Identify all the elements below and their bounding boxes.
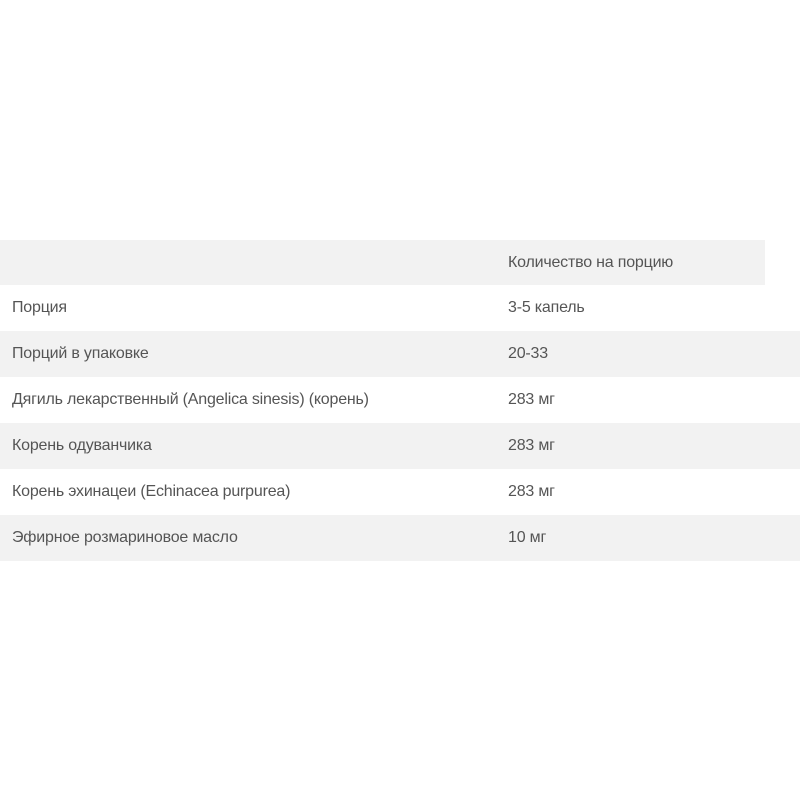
table-row: Корень эхинацеи (Echinacea purpurea) 283… [0,469,800,515]
table-row: Порция 3-5 капель [0,285,800,331]
table-header-row: Количество на порцию [0,240,765,285]
ingredient-name: Корень одуванчика [0,437,508,455]
ingredient-name: Дягиль лекарственный (Angelica sinesis) … [0,391,508,409]
ingredient-amount: 3-5 капель [508,299,585,317]
table-row: Порций в упаковке 20-33 [0,331,800,377]
ingredient-name: Эфирное розмариновое масло [0,529,508,547]
table-row: Эфирное розмариновое масло 10 мг [0,515,800,561]
table-row: Корень одуванчика 283 мг [0,423,800,469]
supplement-facts-table: Количество на порцию Порция 3-5 капель П… [0,240,800,561]
ingredient-amount: 283 мг [508,483,555,501]
table-row: Дягиль лекарственный (Angelica sinesis) … [0,377,800,423]
ingredient-amount: 20-33 [508,345,548,363]
ingredient-amount: 10 мг [508,529,546,547]
ingredient-name: Порций в упаковке [0,345,508,363]
header-amount-per-serving: Количество на порцию [508,254,673,272]
ingredient-name: Порция [0,299,508,317]
ingredient-amount: 283 мг [508,391,555,409]
ingredient-name: Корень эхинацеи (Echinacea purpurea) [0,483,508,501]
ingredient-amount: 283 мг [508,437,555,455]
